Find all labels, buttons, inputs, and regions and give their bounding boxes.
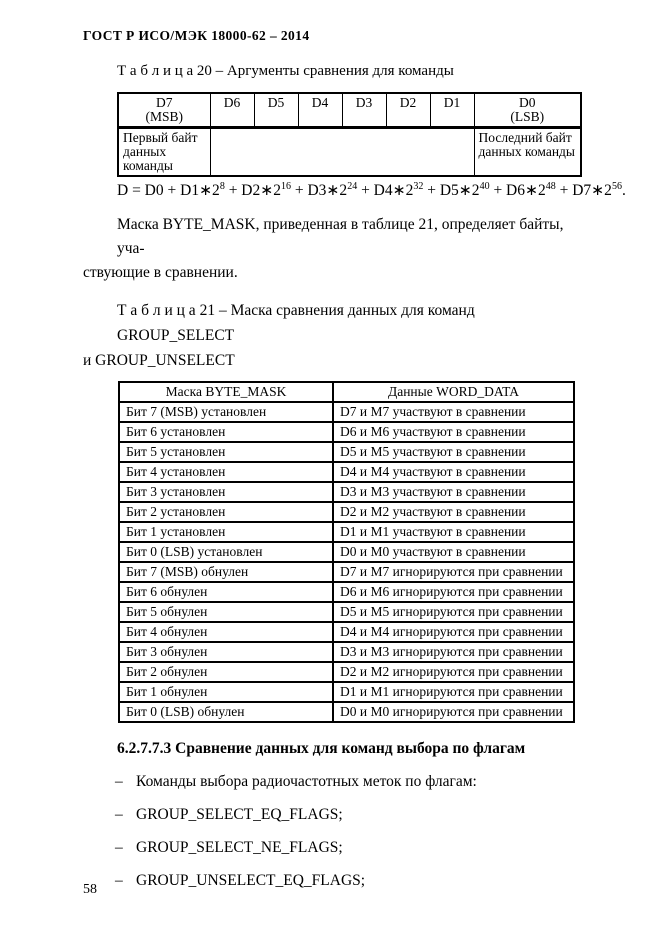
data-cell: D1 и M1 игнорируются при сравнении <box>333 682 574 702</box>
formula-exponent: 48 <box>546 181 556 192</box>
formula-term: D = D0 + D1∗2 <box>117 182 220 199</box>
table-row: Бит 7 (MSB) обнуленD7 и M7 игнорируются … <box>119 562 574 582</box>
document-header: ГОСТ Р ИСО/МЭК 18000-62 – 2014 <box>83 28 583 44</box>
table20-header-d2: D2 <box>386 93 430 128</box>
formula-term: + D5∗2 <box>423 182 479 199</box>
mask-cell: Бит 5 обнулен <box>119 602 333 622</box>
table20-data-row: Первый байт данных команды Последний бай… <box>118 128 581 177</box>
paragraph-line: Маска BYTE_MASK, приведенная в таблице 2… <box>83 213 583 261</box>
data-cell: D7 и M7 участвуют в сравнении <box>333 402 574 422</box>
table-row: Бит 5 установленD5 и M5 участвуют в срав… <box>119 442 574 462</box>
table20-header-d4: D4 <box>298 93 342 128</box>
table21-header-row: Маска BYTE_MASK Данные WORD_DATA <box>119 382 574 402</box>
table20-header-d1: D1 <box>430 93 474 128</box>
table20-header-d5: D5 <box>254 93 298 128</box>
table-row: Бит 2 обнуленD2 и M2 игнорируются при ср… <box>119 662 574 682</box>
table21-caption: Т а б л и ц а 21 – Маска сравнения данны… <box>83 298 583 373</box>
bullet-item: – Команды выбора радиочастотных меток по… <box>115 773 583 791</box>
data-cell: D0 и M0 участвуют в сравнении <box>333 542 574 562</box>
table-row: Бит 4 установленD4 и M4 участвуют в срав… <box>119 462 574 482</box>
formula-exponent: 32 <box>413 181 423 192</box>
bullet-dash: – <box>115 872 136 890</box>
data-cell: D5 и M5 участвуют в сравнении <box>333 442 574 462</box>
bullet-text: Команды выбора радиочастотных меток по ф… <box>136 773 477 791</box>
mask-cell: Бит 2 установлен <box>119 502 333 522</box>
bullet-text: GROUP_SELECT_EQ_FLAGS; <box>136 806 343 824</box>
page-content: ГОСТ Р ИСО/МЭК 18000-62 – 2014 Т а б л и… <box>0 0 661 890</box>
formula-term: + D2∗2 <box>225 182 281 199</box>
mask-cell: Бит 7 (MSB) установлен <box>119 402 333 422</box>
mask-cell: Бит 1 установлен <box>119 522 333 542</box>
table-row: Бит 1 установленD1 и M1 участвуют в срав… <box>119 522 574 542</box>
table20-header-d6: D6 <box>210 93 254 128</box>
data-cell: D4 и M4 игнорируются при сравнении <box>333 622 574 642</box>
data-cell: D1 и M1 участвуют в сравнении <box>333 522 574 542</box>
table-row: Бит 6 обнуленD6 и M6 игнорируются при ср… <box>119 582 574 602</box>
data-cell: D0 и M0 игнорируются при сравнении <box>333 702 574 722</box>
table-row: Бит 5 обнуленD5 и M5 игнорируются при ср… <box>119 602 574 622</box>
table-row: Бит 2 установленD2 и M2 участвуют в срав… <box>119 502 574 522</box>
data-cell: D6 и M6 игнорируются при сравнении <box>333 582 574 602</box>
mask-cell: Бит 7 (MSB) обнулен <box>119 562 333 582</box>
formula-line: D = D0 + D1∗28 + D2∗216 + D3∗224 + D4∗23… <box>117 181 583 200</box>
formula-exponent: 56 <box>612 181 622 192</box>
table21-col-header-data: Данные WORD_DATA <box>333 382 574 402</box>
table20-header-row: D7 (MSB) D6 D5 D4 D3 D2 D1 D0 (LSB) <box>118 93 581 128</box>
bullet-dash: – <box>115 773 136 791</box>
mask-cell: Бит 2 обнулен <box>119 662 333 682</box>
table-row: Бит 6 установленD6 и M6 участвуют в срав… <box>119 422 574 442</box>
bullet-item: – GROUP_SELECT_NE_FLAGS; <box>115 839 583 857</box>
formula-exponent: 16 <box>281 181 291 192</box>
table20-header-d0: D0 (LSB) <box>474 93 581 128</box>
bullet-text: GROUP_UNSELECT_EQ_FLAGS; <box>136 872 365 890</box>
mask-cell: Бит 1 обнулен <box>119 682 333 702</box>
data-cell: D2 и M2 игнорируются при сравнении <box>333 662 574 682</box>
table21: Маска BYTE_MASK Данные WORD_DATA Бит 7 (… <box>118 381 575 723</box>
formula-exponent: 24 <box>347 181 357 192</box>
formula-term: + D6∗2 <box>490 182 546 199</box>
table-row: Бит 1 обнуленD1 и M1 игнорируются при ср… <box>119 682 574 702</box>
page-number: 58 <box>83 882 97 898</box>
formula-period: . <box>622 182 626 199</box>
paragraph-line: ствующие в сравнении. <box>83 261 583 285</box>
table20-header-d3: D3 <box>342 93 386 128</box>
table-row: Бит 0 (LSB) установленD0 и M0 участвуют … <box>119 542 574 562</box>
table20-middle-cell <box>210 128 474 177</box>
mask-cell: Бит 0 (LSB) обнулен <box>119 702 333 722</box>
body-paragraph: Маска BYTE_MASK, приведенная в таблице 2… <box>83 213 583 285</box>
data-cell: D5 и M5 игнорируются при сравнении <box>333 602 574 622</box>
formula-term: + D7∗2 <box>556 182 612 199</box>
mask-cell: Бит 6 обнулен <box>119 582 333 602</box>
data-cell: D7 и M7 игнорируются при сравнении <box>333 562 574 582</box>
table-row: Бит 3 установленD3 и M3 участвуют в срав… <box>119 482 574 502</box>
formula-exponent: 40 <box>480 181 490 192</box>
table-row: Бит 3 обнуленD3 и M3 игнорируются при ср… <box>119 642 574 662</box>
table-row: Бит 0 (LSB) обнуленD0 и M0 игнорируются … <box>119 702 574 722</box>
table21-caption-line: и GROUP_UNSELECT <box>83 348 583 373</box>
bullet-item: – GROUP_UNSELECT_EQ_FLAGS; <box>115 872 583 890</box>
data-cell: D4 и M4 участвуют в сравнении <box>333 462 574 482</box>
mask-cell: Бит 4 обнулен <box>119 622 333 642</box>
mask-cell: Бит 4 установлен <box>119 462 333 482</box>
mask-cell: Бит 0 (LSB) установлен <box>119 542 333 562</box>
table-row: Бит 7 (MSB) установленD7 и M7 участвуют … <box>119 402 574 422</box>
table21-col-header-mask: Маска BYTE_MASK <box>119 382 333 402</box>
table20: D7 (MSB) D6 D5 D4 D3 D2 D1 D0 (LSB) Перв… <box>117 92 582 177</box>
data-cell: D3 и M3 участвуют в сравнении <box>333 482 574 502</box>
data-cell: D3 и M3 игнорируются при сравнении <box>333 642 574 662</box>
mask-cell: Бит 3 обнулен <box>119 642 333 662</box>
mask-cell: Бит 3 установлен <box>119 482 333 502</box>
formula-term: + D3∗2 <box>291 182 347 199</box>
table21-caption-line: Т а б л и ц а 21 – Маска сравнения данны… <box>83 298 583 348</box>
data-cell: D6 и M6 участвуют в сравнении <box>333 422 574 442</box>
table20-caption: Т а б л и ц а 20 – Аргументы сравнения д… <box>83 61 583 81</box>
table20-last-byte-cell: Последний байт данных команды <box>474 128 581 177</box>
document-page: ГОСТ Р ИСО/МЭК 18000-62 – 2014 Т а б л и… <box>0 0 661 935</box>
mask-cell: Бит 6 установлен <box>119 422 333 442</box>
formula-term: + D4∗2 <box>357 182 413 199</box>
mask-cell: Бит 5 установлен <box>119 442 333 462</box>
table20-first-byte-cell: Первый байт данных команды <box>118 128 210 177</box>
bullet-text: GROUP_SELECT_NE_FLAGS; <box>136 839 343 857</box>
table-row: Бит 4 обнуленD4 и M4 игнорируются при ср… <box>119 622 574 642</box>
bullet-dash: – <box>115 806 136 824</box>
data-cell: D2 и M2 участвуют в сравнении <box>333 502 574 522</box>
bullet-dash: – <box>115 839 136 857</box>
table20-header-d7: D7 (MSB) <box>118 93 210 128</box>
section-heading: 6.2.7.7.3 Сравнение данных для команд вы… <box>117 740 583 758</box>
bullet-item: – GROUP_SELECT_EQ_FLAGS; <box>115 806 583 824</box>
